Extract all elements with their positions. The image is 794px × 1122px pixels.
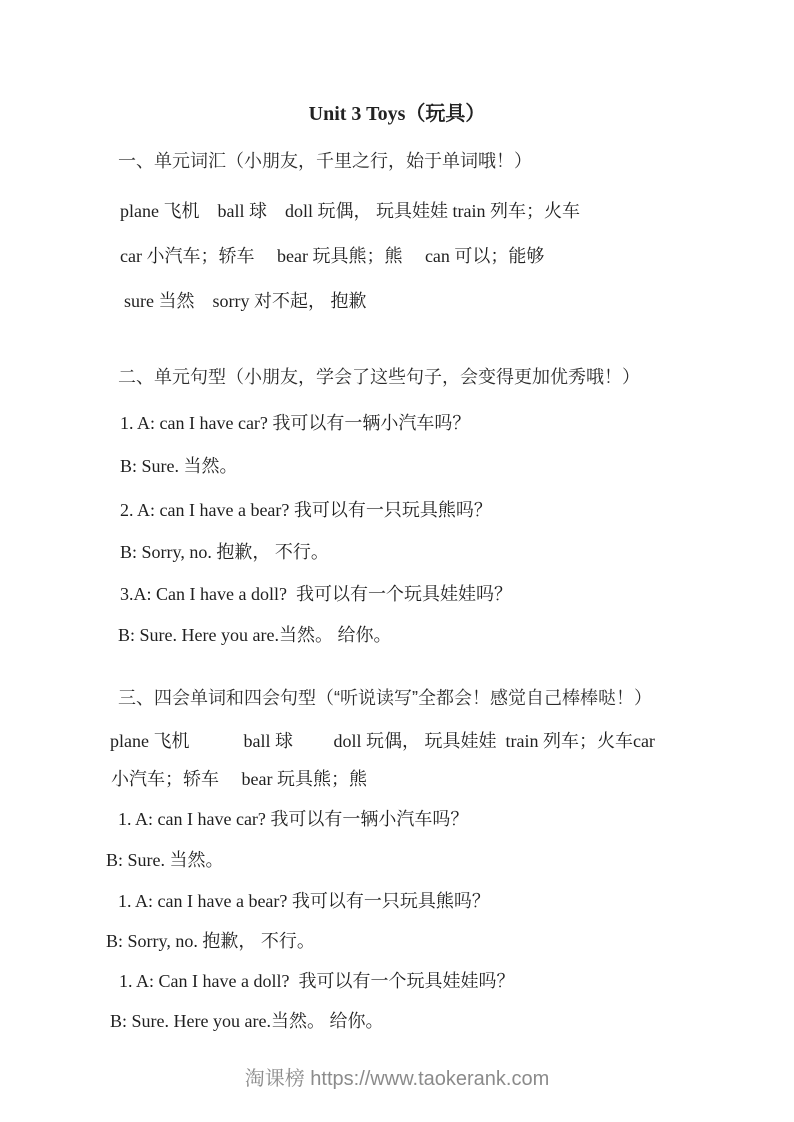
vocab-line: plane 飞机 ball 球 doll 玩偶， 玩具娃娃 train 列车；火…	[120, 198, 794, 224]
vocab-line: car 小汽车；轿车 bear 玩具熊；熊 can 可以；能够	[120, 243, 794, 269]
dialogue-line: B: Sure. 当然。	[120, 453, 794, 479]
dialogue-line: 1. A: can I have car? 我可以有一辆小汽车吗？	[120, 410, 794, 436]
section-3-heading: 三、四会单词和四会句型（“听说读写”全都会！感觉自己棒棒哒！）	[118, 685, 794, 711]
dialogue-line: 2. A: can I have a bear? 我可以有一只玩具熊吗？	[120, 497, 794, 523]
page-footer: 淘课榜 https://www.taokerank.com	[0, 1066, 794, 1092]
dialogue-line: B: Sure. 当然。	[106, 847, 794, 873]
footer-watermark-text: 淘课榜 https://www.taokerank.com	[245, 1068, 550, 1090]
dialogue-line: 1. A: can I have car? 我可以有一辆小汽车吗？	[118, 806, 794, 832]
vocab-line: sure 当然 sorry 对不起， 抱歉	[124, 288, 794, 314]
document-title: Unit 3 Toys（玩具）	[0, 101, 794, 127]
section-four-skills-words-and-patterns: 三、四会单词和四会句型（“听说读写”全都会！感觉自己棒棒哒！） plane 飞机…	[0, 685, 794, 1034]
dialogue-line: B: Sure. Here you are.当然。 给你。	[110, 1008, 794, 1034]
document-content: Unit 3 Toys（玩具） 一、单元词汇（小朋友，千里之行，始于单词哦！） …	[0, 0, 794, 1034]
dialogue-line: 1. A: can I have a bear? 我可以有一只玩具熊吗？	[118, 888, 794, 914]
vocab-line: 小汽车；轿车 bear 玩具熊；熊	[111, 766, 794, 792]
section-unit-vocabulary: 一、单元词汇（小朋友，千里之行，始于单词哦！） plane 飞机 ball 球 …	[0, 148, 794, 314]
section-unit-sentence-patterns: 二、单元句型（小朋友，学会了这些句子，会变得更加优秀哦！） 1. A: can …	[0, 364, 794, 648]
dialogue-line: B: Sure. Here you are.当然。 给你。	[118, 622, 794, 648]
vocab-line: plane 飞机 ball 球 doll 玩偶， 玩具娃娃 train 列车；火…	[110, 728, 794, 754]
dialogue-line: 3.A: Can I have a doll? 我可以有一个玩具娃娃吗？	[120, 581, 794, 607]
section-1-heading: 一、单元词汇（小朋友，千里之行，始于单词哦！）	[118, 148, 794, 174]
dialogue-line: B: Sorry, no. 抱歉， 不行。	[120, 539, 794, 565]
dialogue-line: B: Sorry, no. 抱歉， 不行。	[106, 928, 794, 954]
dialogue-line: 1. A: Can I have a doll? 我可以有一个玩具娃娃吗？	[119, 968, 794, 994]
section-2-heading: 二、单元句型（小朋友，学会了这些句子，会变得更加优秀哦！）	[118, 364, 794, 390]
document-page: Unit 3 Toys（玩具） 一、单元词汇（小朋友，千里之行，始于单词哦！） …	[0, 0, 794, 1122]
